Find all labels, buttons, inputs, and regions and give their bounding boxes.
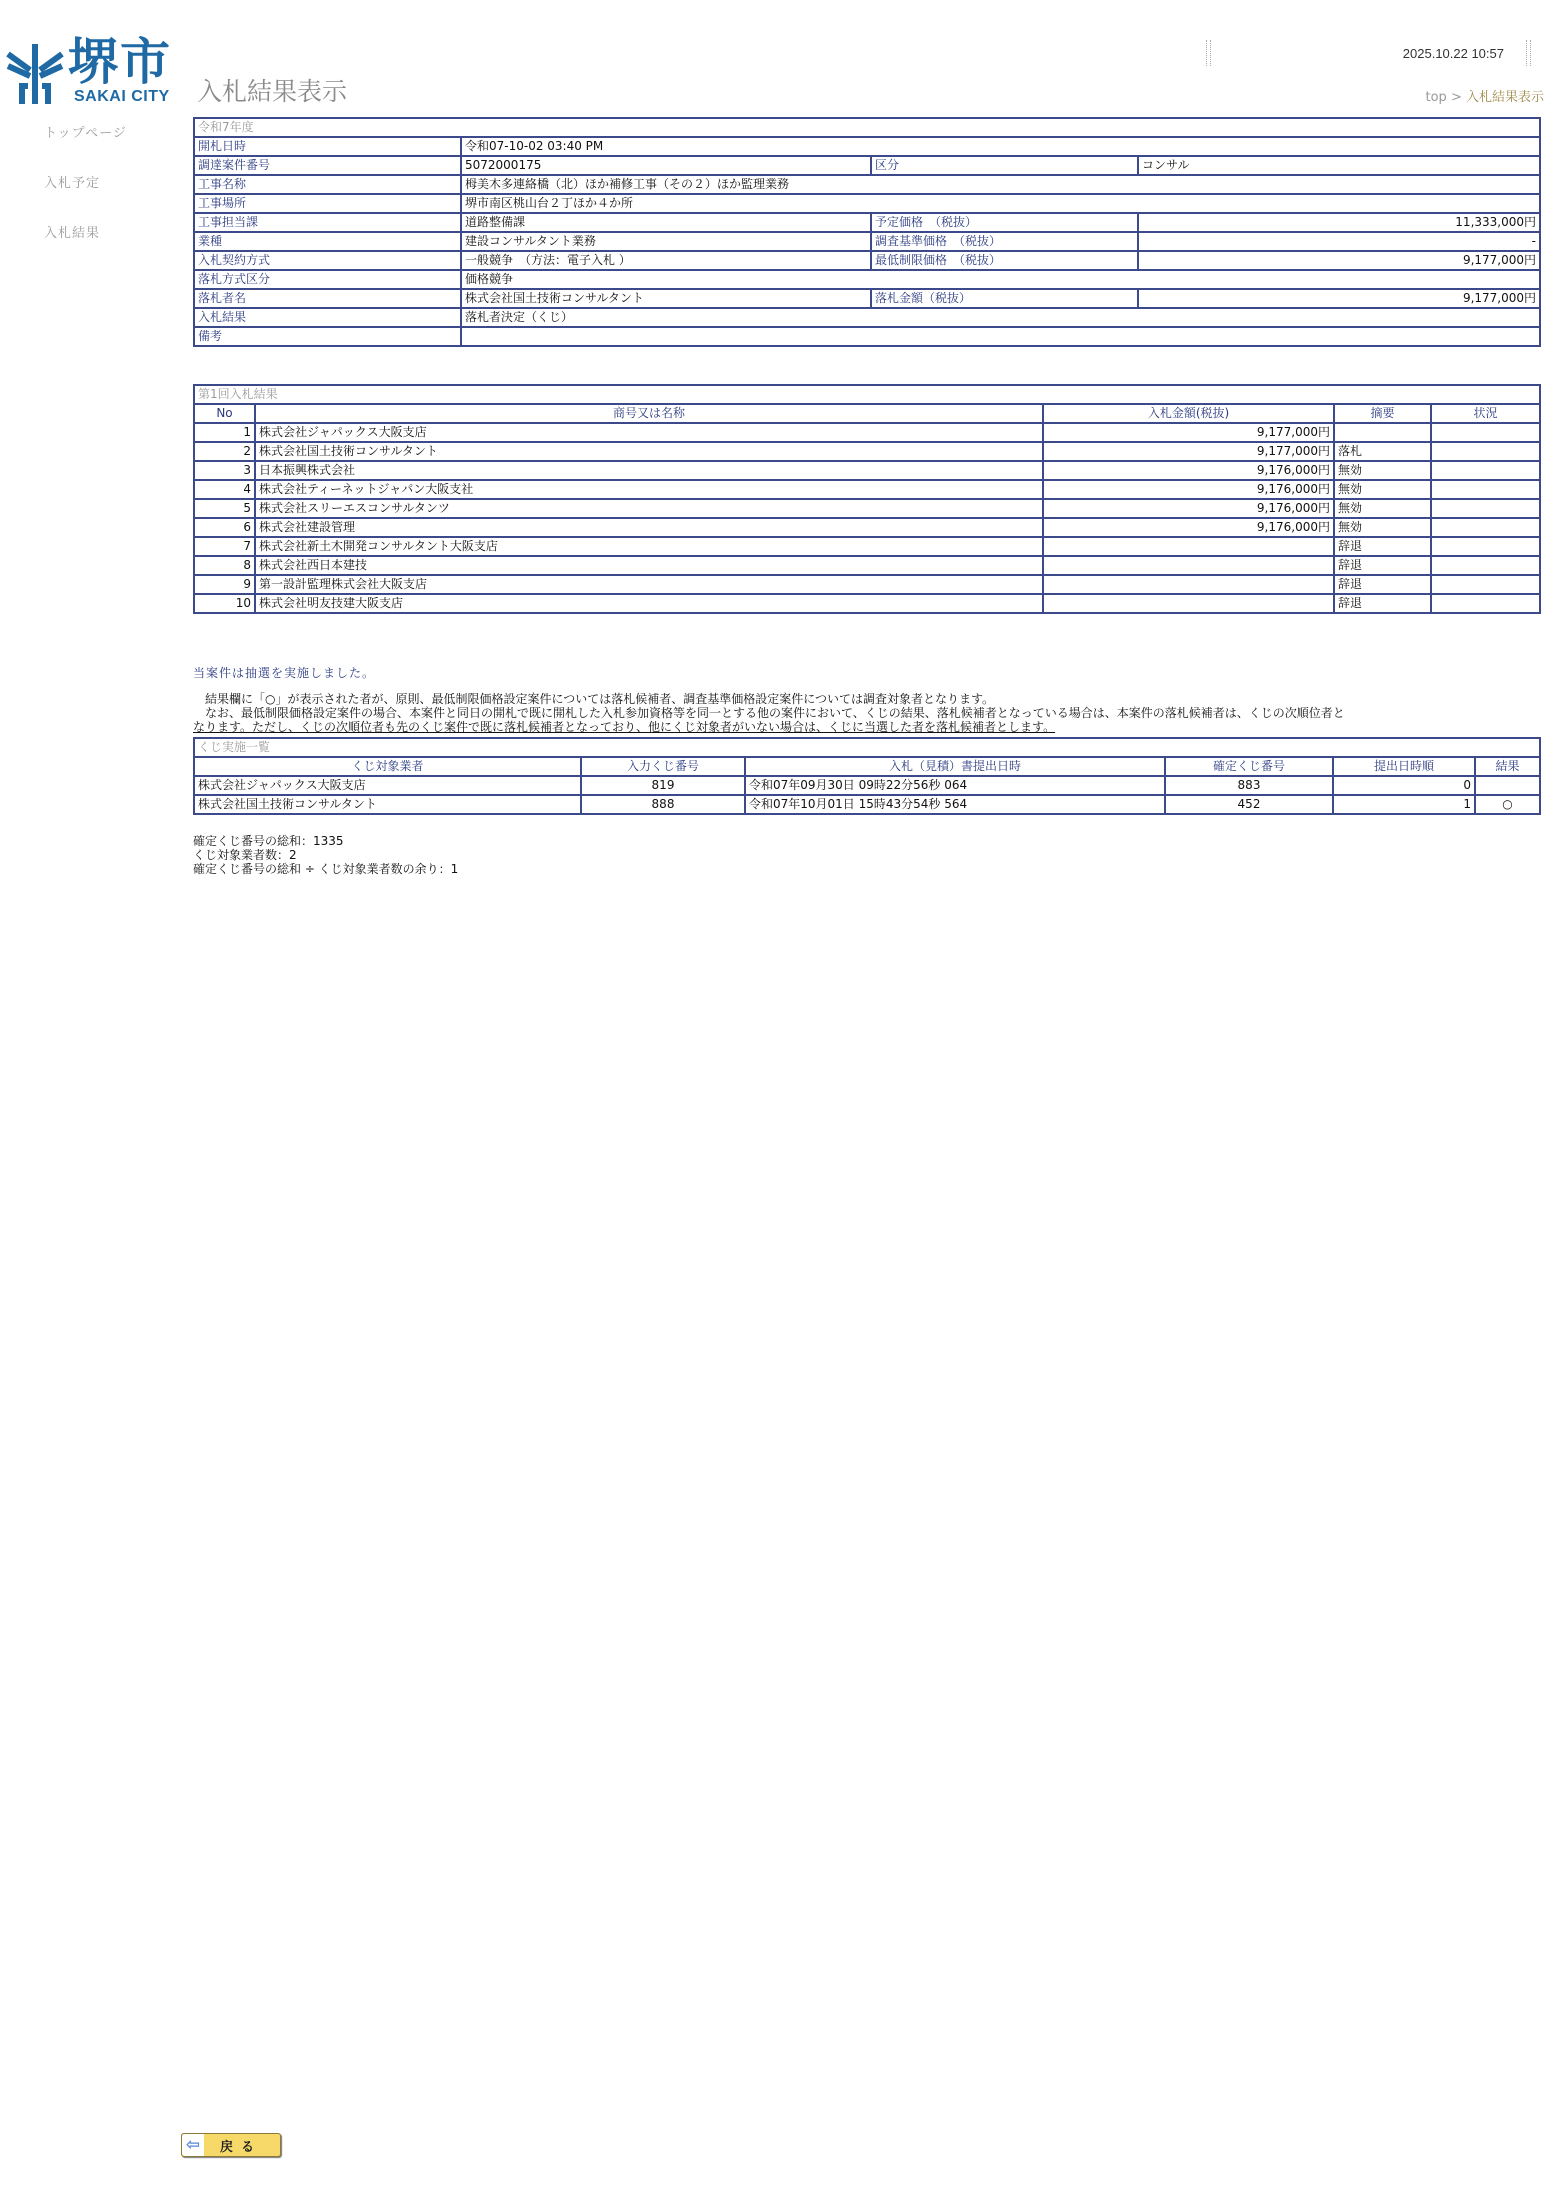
value-category: コンサル	[1138, 156, 1540, 175]
arrow-left-icon: ⇦	[182, 2134, 204, 2156]
lottery-confirmed-no: 883	[1165, 776, 1333, 795]
label-procurement-no: 調達案件番号	[194, 156, 461, 175]
bid-no: 9	[194, 575, 255, 594]
table-row: 4株式会社ティーネットジャパン大阪支社9,176,000円無効	[194, 480, 1540, 499]
col-header-submitted: 入札（見積）書提出日時	[745, 757, 1165, 776]
table-row: 9第一設計監理株式会社大阪支店辞退	[194, 575, 1540, 594]
label-min-price: 最低制限価格 （税抜）	[871, 251, 1138, 270]
table-row: 6株式会社建設管理9,176,000円無効	[194, 518, 1540, 537]
table-row: 2株式会社国土技術コンサルタント9,177,000円落札	[194, 442, 1540, 461]
summary-remainder: 確定くじ番号の総和 ÷ くじ対象業者数の余り：1	[193, 862, 458, 876]
value-award-method: 価格競争	[461, 270, 1540, 289]
notice-line: なお、最低制限価格設定案件の場合、本案件と同日の開札で既に開札した入札参加資格等…	[193, 706, 1539, 720]
value-remarks	[461, 327, 1540, 346]
bid-amount	[1043, 594, 1334, 613]
lottery-order: 1	[1333, 795, 1475, 814]
overview-table: 令和7年度 開札日時 令和07-10-02 03:40 PM 調達案件番号 50…	[193, 117, 1541, 347]
logo-kanji: 堺市	[68, 34, 172, 90]
bid-amount: 9,176,000円	[1043, 518, 1334, 537]
value-min-price: 9,177,000円	[1138, 251, 1540, 270]
label-category: 区分	[871, 156, 1138, 175]
fiscal-year-caption: 令和7年度	[194, 118, 1540, 137]
label-department: 工事担当課	[194, 213, 461, 232]
bid-no: 1	[194, 423, 255, 442]
bid-amount	[1043, 556, 1334, 575]
bidder-name: 日本振興株式会社	[255, 461, 1043, 480]
bid-amount: 9,177,000円	[1043, 423, 1334, 442]
col-header-result: 結果	[1475, 757, 1540, 776]
label-award-method: 落札方式区分	[194, 270, 461, 289]
bidder-name: 株式会社ジャパックス大阪支店	[255, 423, 1043, 442]
bidder-name: 株式会社スリーエスコンサルタンツ	[255, 499, 1043, 518]
value-work-place: 堺市南区桃山台２丁ほか４か所	[461, 194, 1540, 213]
value-award-amount: 9,177,000円	[1138, 289, 1540, 308]
bid-note: 辞退	[1334, 575, 1431, 594]
lottery-result: ○	[1475, 795, 1540, 814]
col-header-status: 状況	[1431, 404, 1540, 423]
bid-amount: 9,176,000円	[1043, 461, 1334, 480]
col-header-no: No	[194, 404, 255, 423]
col-header-confirmed-no: 確定くじ番号	[1165, 757, 1333, 776]
lottery-vendor: 株式会社ジャパックス大阪支店	[194, 776, 581, 795]
value-planned-price: 11,333,000円	[1138, 213, 1540, 232]
bid-results-table: 第1回入札結果 No 商号又は名称 入札金額(税抜) 摘要 状況 1株式会社ジャ…	[193, 384, 1541, 614]
lottery-notice-title: 当案件は抽選を実施しました。	[193, 664, 375, 681]
bidder-name: 株式会社明友技建大阪支店	[255, 594, 1043, 613]
lottery-result	[1475, 776, 1540, 795]
label-open-datetime: 開札日時	[194, 137, 461, 156]
bidder-name: 第一設計監理株式会社大阪支店	[255, 575, 1043, 594]
bid-status	[1431, 575, 1540, 594]
breadcrumb-separator: >	[1447, 90, 1466, 105]
bid-status	[1431, 499, 1540, 518]
bid-no: 7	[194, 537, 255, 556]
sidebar-nav: トップページ 入札予定 入札結果	[44, 122, 127, 272]
value-industry: 建設コンサルタント業務	[461, 232, 871, 251]
label-planned-price: 予定価格 （税抜）	[871, 213, 1138, 232]
bid-amount: 9,177,000円	[1043, 442, 1334, 461]
label-remarks: 備考	[194, 327, 461, 346]
bid-note: 無効	[1334, 461, 1431, 480]
label-winner: 落札者名	[194, 289, 461, 308]
lottery-caption: くじ実施一覧	[194, 738, 1540, 757]
bid-no: 2	[194, 442, 255, 461]
label-award-amount: 落札金額（税抜）	[871, 289, 1138, 308]
table-row: 株式会社ジャパックス大阪支店819令和07年09月30日 09時22分56秒 0…	[194, 776, 1540, 795]
lottery-order: 0	[1333, 776, 1475, 795]
label-contract-method: 入札契約方式	[194, 251, 461, 270]
summary-sum: 確定くじ番号の総和：1335	[193, 834, 458, 848]
bidder-name: 株式会社国土技術コンサルタント	[255, 442, 1043, 461]
breadcrumb-top-link[interactable]: top	[1426, 90, 1447, 105]
sakai-city-logo[interactable]: 堺市 SAKAI CITY	[4, 38, 176, 106]
bid-amount	[1043, 537, 1334, 556]
table-row: 5株式会社スリーエスコンサルタンツ9,176,000円無効	[194, 499, 1540, 518]
bid-status	[1431, 423, 1540, 442]
label-work-place: 工事場所	[194, 194, 461, 213]
bid-status	[1431, 461, 1540, 480]
bid-note: 無効	[1334, 499, 1431, 518]
back-button[interactable]: ⇦ 戻る	[181, 2133, 281, 2157]
lottery-table: くじ実施一覧 くじ対象業者 入力くじ番号 入札（見積）書提出日時 確定くじ番号 …	[193, 737, 1541, 815]
table-row: 3日本振興株式会社9,176,000円無効	[194, 461, 1540, 480]
current-datetime: 2025.10.22 10:57	[1403, 46, 1504, 61]
table-row: 7株式会社新土木開発コンサルタント大阪支店辞退	[194, 537, 1540, 556]
bid-note: 辞退	[1334, 556, 1431, 575]
bid-amount: 9,176,000円	[1043, 499, 1334, 518]
logo-english: SAKAI CITY	[74, 88, 170, 106]
sidebar-item-bid-results[interactable]: 入札結果	[44, 222, 127, 272]
table-row: 10株式会社明友技建大阪支店辞退	[194, 594, 1540, 613]
table-row: 1株式会社ジャパックス大阪支店9,177,000円	[194, 423, 1540, 442]
bid-no: 4	[194, 480, 255, 499]
lottery-submitted: 令和07年09月30日 09時22分56秒 064	[745, 776, 1165, 795]
bidder-name: 株式会社新土木開発コンサルタント大阪支店	[255, 537, 1043, 556]
bid-status	[1431, 480, 1540, 499]
breadcrumb-current: 入札結果表示	[1466, 90, 1544, 105]
col-header-note: 摘要	[1334, 404, 1431, 423]
breadcrumb: top > 入札結果表示	[1426, 86, 1545, 105]
bidder-name: 株式会社西日本建技	[255, 556, 1043, 575]
lottery-submitted: 令和07年10月01日 15時43分54秒 564	[745, 795, 1165, 814]
summary-count: くじ対象業者数：2	[193, 848, 458, 862]
col-header-amount: 入札金額(税抜)	[1043, 404, 1334, 423]
bid-status	[1431, 442, 1540, 461]
bid-amount	[1043, 575, 1334, 594]
value-winner: 株式会社国土技術コンサルタント	[461, 289, 871, 308]
bid-note: 辞退	[1334, 537, 1431, 556]
col-header-name: 商号又は名称	[255, 404, 1043, 423]
lottery-summary: 確定くじ番号の総和：1335 くじ対象業者数：2 確定くじ番号の総和 ÷ くじ対…	[193, 834, 458, 876]
bid-no: 10	[194, 594, 255, 613]
bid-status	[1431, 556, 1540, 575]
sakai-emblem-icon	[4, 42, 66, 106]
bid-no: 3	[194, 461, 255, 480]
notice-line: 結果欄に「○」が表示された者が、原則、最低制限価格設定案件については落札候補者、…	[193, 692, 1539, 706]
col-header-input-no: 入力くじ番号	[581, 757, 745, 776]
label-industry: 業種	[194, 232, 461, 251]
value-open-datetime: 令和07-10-02 03:40 PM	[461, 137, 1540, 156]
bid-note	[1334, 423, 1431, 442]
value-survey-price: -	[1138, 232, 1540, 251]
sidebar-item-bid-schedule[interactable]: 入札予定	[44, 172, 127, 222]
bid-round-caption: 第1回入札結果	[194, 385, 1540, 404]
bid-note: 辞退	[1334, 594, 1431, 613]
col-header-order: 提出日時順	[1333, 757, 1475, 776]
lottery-vendor: 株式会社国土技術コンサルタント	[194, 795, 581, 814]
lottery-notice-text: 結果欄に「○」が表示された者が、原則、最低制限価格設定案件については落札候補者、…	[193, 692, 1539, 734]
notice-line: なります。ただし、くじの次順位者も先のくじ案件で既に落札候補者となっており、他に…	[193, 720, 1539, 734]
page-title: 入札結果表示	[197, 72, 347, 108]
value-result: 落札者決定（くじ）	[461, 308, 1540, 327]
bid-amount: 9,176,000円	[1043, 480, 1334, 499]
value-contract-method: 一般競争 （方法：電子入札 ）	[461, 251, 871, 270]
bid-no: 8	[194, 556, 255, 575]
lottery-input-no: 819	[581, 776, 745, 795]
bid-status	[1431, 518, 1540, 537]
bid-no: 5	[194, 499, 255, 518]
bid-status	[1431, 594, 1540, 613]
label-work-name: 工事名称	[194, 175, 461, 194]
header-divider	[1526, 40, 1531, 66]
lottery-input-no: 888	[581, 795, 745, 814]
label-result: 入札結果	[194, 308, 461, 327]
bid-status	[1431, 537, 1540, 556]
bidder-name: 株式会社ティーネットジャパン大阪支社	[255, 480, 1043, 499]
col-header-vendor: くじ対象業者	[194, 757, 581, 776]
bidder-name: 株式会社建設管理	[255, 518, 1043, 537]
bid-note: 無効	[1334, 480, 1431, 499]
lottery-confirmed-no: 452	[1165, 795, 1333, 814]
label-survey-price: 調査基準価格 （税抜）	[871, 232, 1138, 251]
value-work-name: 栂美木多連絡橋（北）ほか補修工事（その２）ほか監理業務	[461, 175, 1540, 194]
bid-note: 落札	[1334, 442, 1431, 461]
back-button-label: 戻る	[220, 2136, 262, 2155]
bid-no: 6	[194, 518, 255, 537]
header-divider	[1206, 40, 1211, 66]
table-row: 株式会社国土技術コンサルタント888令和07年10月01日 15時43分54秒 …	[194, 795, 1540, 814]
bid-note: 無効	[1334, 518, 1431, 537]
table-row: 8株式会社西日本建技辞退	[194, 556, 1540, 575]
value-procurement-no: 5072000175	[461, 156, 871, 175]
sidebar-item-top-page[interactable]: トップページ	[44, 122, 127, 172]
value-department: 道路整備課	[461, 213, 871, 232]
